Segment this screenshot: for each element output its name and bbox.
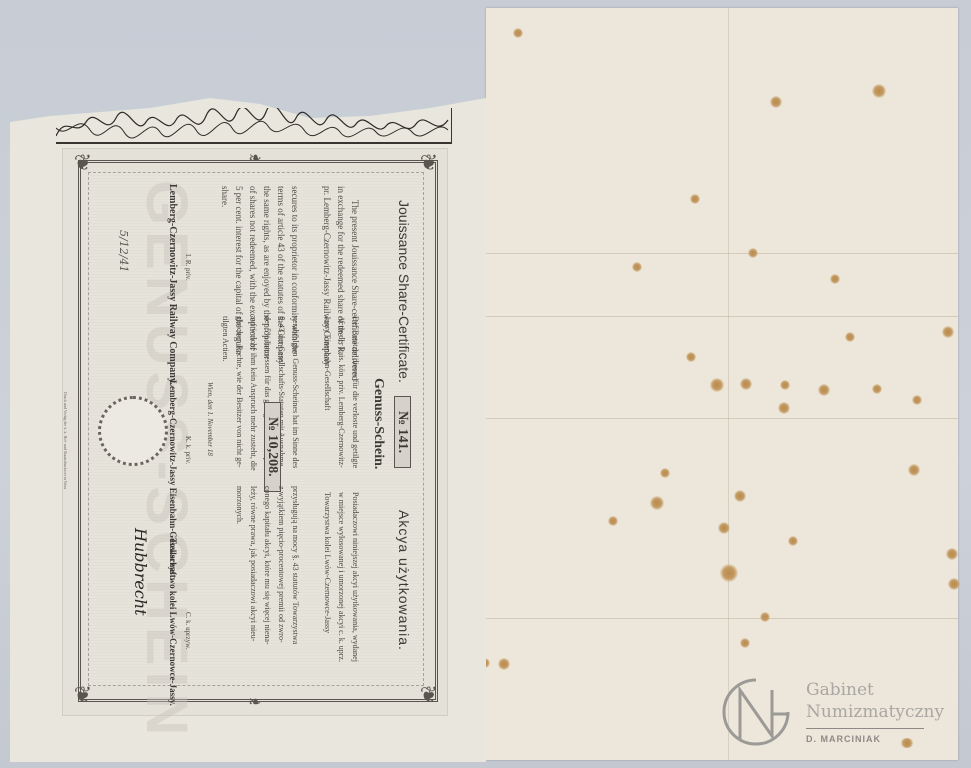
- number-small-box: № 141.: [394, 396, 412, 468]
- text-pl-line: leży, równe prawa, jak posiadaczowi akcy…: [249, 486, 258, 641]
- certificate-number-small: № 141.: [394, 396, 411, 468]
- company-pl-prefix: C. k. uprzyw.: [184, 612, 192, 649]
- text-pl-line: Posiadaczowi niniejszej akcyi użytkowani…: [351, 492, 360, 662]
- embossed-seal: [98, 396, 168, 466]
- text-en-line: share.: [220, 186, 230, 207]
- text-de-line: gleichen Rechte, wie der Besitzer von ni…: [235, 316, 244, 468]
- watermark-text-line2: Numizmatyczny: [806, 702, 944, 722]
- certificate-number-main: № 10,208.: [264, 402, 281, 492]
- fold-line-horizontal: [486, 418, 958, 419]
- watermark-divider: [806, 728, 924, 729]
- title-german: Genuss-Schein.: [370, 378, 386, 469]
- text-de-line: auf welche ihm kein Anspruch mehr zusteh…: [249, 316, 258, 471]
- text-pl-line: przysługują na mocy §. 43 statutów Towar…: [291, 486, 300, 644]
- gabinet-numizmatyczny-logo-icon: [720, 676, 792, 748]
- handwritten-signature: Hubbrecht: [131, 528, 150, 616]
- text-de-line: Der Besitzer dieses für die verloste und…: [351, 316, 360, 468]
- watermark-text-line1: Gabinet: [806, 680, 874, 700]
- company-de-prefix: K. k. priv.: [184, 436, 192, 464]
- place-date: Wien, den 1. November 18: [206, 382, 214, 456]
- text-pl-line: conego kapitału akcyi, które mu się więc…: [263, 486, 272, 645]
- company-name-english: Lemberg-Czernowitz-Jassy Railway Company…: [167, 184, 178, 385]
- ornament-corner-icon: ❦: [70, 682, 96, 708]
- fold-line-horizontal: [486, 253, 958, 254]
- text-pl-line: w miejsce wylosowanej i umorzonej akcyi …: [337, 492, 346, 662]
- text-de-line: Jassy Eisenbahn-Gesellschaft: [323, 316, 332, 410]
- ornament-bottom-icon: ❧: [242, 690, 268, 716]
- fold-line-horizontal: [486, 316, 958, 317]
- title-english: Jouissance Share-Certificate.: [396, 200, 412, 383]
- ornament-corner-icon: ❦: [416, 150, 442, 176]
- text-pl-line: Towarzystwa kolei Lwów-Czernowce-Jassy: [323, 492, 332, 633]
- number-main-box: № 10,208.: [264, 402, 282, 492]
- text-de-line: verabfolgten Genuss-Scheines hat im Sinn…: [291, 316, 300, 468]
- company-en-prefix: I. R. priv.: [184, 254, 192, 281]
- text-pl-line: z wyjątkiem pięcio-procentowej premii od…: [277, 486, 286, 643]
- calligraphic-flourish-border: [56, 108, 452, 144]
- text-de-line: tilgten Actien.: [221, 316, 230, 361]
- fold-line-horizontal: [486, 618, 958, 619]
- watermark-text-line3: D. MARCINIAK: [806, 734, 881, 744]
- title-polish: Akcya użytkowania.: [396, 510, 412, 651]
- ornament-corner-icon: ❦: [416, 682, 442, 708]
- text-pl-line: morzonych.: [235, 486, 244, 524]
- text-de-line: Actie der kais. kön. priv. Lemberg-Czern…: [337, 316, 346, 468]
- fold-line-vertical: [728, 8, 729, 760]
- printer-imprint: Druck und Verlag der k. k. Hof- und Staa…: [63, 392, 68, 489]
- pencil-annotation: 5/12/41: [117, 230, 130, 272]
- ornament-corner-icon: ❦: [70, 150, 96, 176]
- company-name-polish: Towarzystwo kolei Lwów-Czernowce-Jassy.: [168, 538, 178, 706]
- ornament-top-icon: ❧: [242, 146, 268, 172]
